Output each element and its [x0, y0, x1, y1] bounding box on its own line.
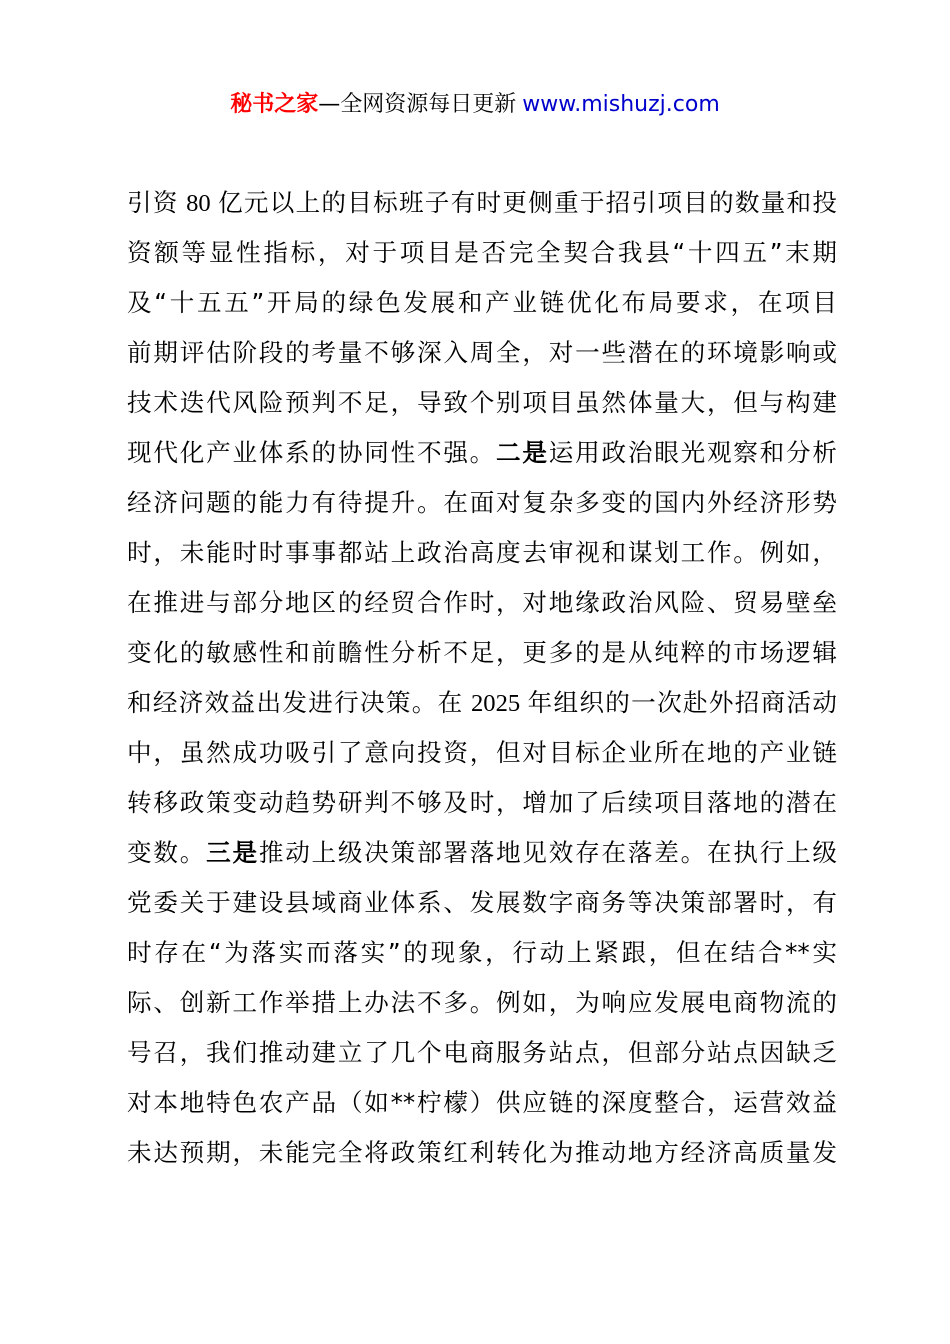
text-segment: 号召，我们推动建立了几个电商服务站点，但部分站点因缺乏 [127, 1038, 837, 1067]
text-segment: 年组织的一次赴外招商活动 [528, 688, 837, 717]
text-segment: 时，未能时时事事都站上政治高度去审视和谋划工作。例如， [127, 538, 837, 567]
text-line: 转移政策变动趋势研判不够及时，增加了后续项目落地的潜在 [127, 778, 837, 828]
text-segment: 前期评估阶段的考量不够深入周全，对一些潜在的环境影响或 [127, 338, 837, 367]
text-segment: 资额等显性指标，对于项目是否完全契合我县“十四五”末期 [127, 238, 837, 267]
text-segment: 变数。 [127, 838, 206, 867]
header-tagline: —全网资源每日更新 [318, 92, 516, 117]
text-line: 在推进与部分地区的经贸合作时，对地缘政治风险、贸易壁垒 [127, 578, 837, 628]
text-line: 未达预期，未能完全将政策红利转化为推动地方经济高质量发 [127, 1128, 837, 1178]
text-segment: 转移政策变动趋势研判不够及时，增加了后续项目落地的潜在 [127, 788, 837, 817]
text-line: 现代化产业体系的协同性不强。二是运用政治眼光观察和分析 [127, 428, 837, 478]
number-text: 2025 [464, 690, 528, 717]
site-header: 秘书之家—全网资源每日更新www.mishuzj.com [0, 88, 950, 122]
text-line: 资额等显性指标，对于项目是否完全契合我县“十四五”末期 [127, 228, 837, 278]
text-segment: 经济问题的能力有待提升。在面对复杂多变的国内外经济形势 [127, 488, 837, 517]
number-text: 80 [179, 190, 218, 217]
text-line: 变化的敏感性和前瞻性分析不足，更多的是从纯粹的市场逻辑 [127, 628, 837, 678]
bold-heading-phrase: 三是 [206, 838, 259, 867]
text-segment: 时存在“为落实而落实”的现象，行动上紧跟，但在结合**实 [127, 938, 837, 967]
text-segment: 对本地特色农产品（如**柠檬）供应链的深度整合，运营效益 [127, 1088, 837, 1117]
text-line: 时，未能时时事事都站上政治高度去审视和谋划工作。例如， [127, 528, 837, 578]
text-segment: 亿元以上的目标班子有时更侧重于招引项目的数量和投 [218, 188, 837, 217]
text-line: 经济问题的能力有待提升。在面对复杂多变的国内外经济形势 [127, 478, 837, 528]
text-segment: 推动上级决策部署落地见效存在落差。在执行上级 [259, 838, 837, 867]
text-segment: 引资 [127, 188, 179, 217]
text-segment: 际、创新工作举措上办法不多。例如，为响应发展电商物流的 [127, 988, 837, 1017]
text-line: 引资 80 亿元以上的目标班子有时更侧重于招引项目的数量和投 [127, 178, 837, 228]
text-segment: 在推进与部分地区的经贸合作时，对地缘政治风险、贸易壁垒 [127, 588, 837, 617]
text-line: 时存在“为落实而落实”的现象，行动上紧跟，但在结合**实 [127, 928, 837, 978]
text-segment: 中，虽然成功吸引了意向投资，但对目标企业所在地的产业链 [127, 738, 837, 767]
text-line: 对本地特色农产品（如**柠檬）供应链的深度整合，运营效益 [127, 1078, 837, 1128]
text-line: 党委关于建设县域商业体系、发展数字商务等决策部署时，有 [127, 878, 837, 928]
text-segment: 和经济效益出发进行决策。在 [127, 688, 464, 717]
text-segment: 运用政治眼光观察和分析 [549, 438, 837, 467]
text-line: 前期评估阶段的考量不够深入周全，对一些潜在的环境影响或 [127, 328, 837, 378]
text-line: 和经济效益出发进行决策。在 2025 年组织的一次赴外招商活动 [127, 678, 837, 728]
text-segment: 变化的敏感性和前瞻性分析不足，更多的是从纯粹的市场逻辑 [127, 638, 837, 667]
text-segment: 党委关于建设县域商业体系、发展数字商务等决策部署时，有 [127, 888, 837, 917]
text-line: 号召，我们推动建立了几个电商服务站点，但部分站点因缺乏 [127, 1028, 837, 1078]
text-line: 中，虽然成功吸引了意向投资，但对目标企业所在地的产业链 [127, 728, 837, 778]
text-line: 变数。三是推动上级决策部署落地见效存在落差。在执行上级 [127, 828, 837, 878]
text-line: 技术迭代风险预判不足，导致个别项目虽然体量大，但与构建 [127, 378, 837, 428]
text-segment: 现代化产业体系的协同性不强。 [127, 438, 496, 467]
text-line: 及“十五五”开局的绿色发展和产业链优化布局要求，在项目 [127, 278, 837, 328]
brand-name: 秘书之家 [230, 92, 318, 117]
document-body: 引资 80 亿元以上的目标班子有时更侧重于招引项目的数量和投资额等显性指标，对于… [127, 178, 837, 1178]
text-segment: 未达预期，未能完全将政策红利转化为推动地方经济高质量发 [127, 1138, 837, 1167]
site-url-link[interactable]: www.mishuzj.com [522, 92, 719, 117]
bold-heading-phrase: 二是 [496, 438, 549, 467]
text-line: 际、创新工作举措上办法不多。例如，为响应发展电商物流的 [127, 978, 837, 1028]
text-segment: 及“十五五”开局的绿色发展和产业链优化布局要求，在项目 [127, 288, 837, 317]
text-segment: 技术迭代风险预判不足，导致个别项目虽然体量大，但与构建 [127, 388, 837, 417]
